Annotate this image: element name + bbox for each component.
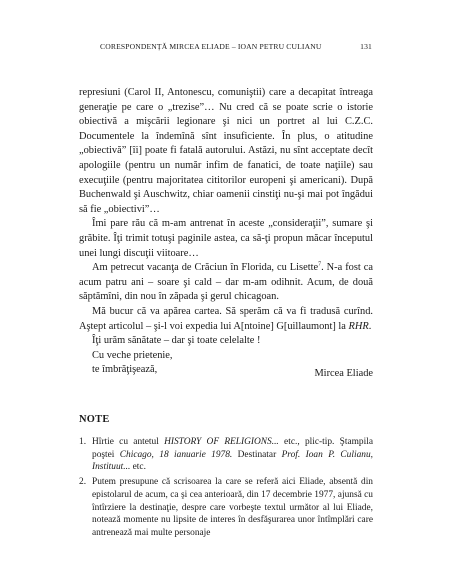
note-number: 1. (79, 436, 86, 449)
note-text: Destinatar (232, 450, 281, 460)
running-head-title: CORESPONDENȚĂ MIRCEA ELIADE – IOAN PETRU… (100, 42, 322, 51)
page-number: 131 (360, 42, 372, 51)
paragraph-text: Am petrecut vacanţa de Crăciun în Florid… (92, 262, 318, 273)
note-item: 1. Hîrtie cu antetul HISTORY OF RELIGION… (79, 436, 373, 474)
letter-body: represiuni (Carol II, Antonescu, comuniş… (79, 86, 373, 378)
paragraph: represiuni (Carol II, Antonescu, comuniş… (79, 86, 373, 217)
note-text: Putem presupune că scrisoarea la care se… (92, 477, 373, 538)
note-text: etc. (130, 462, 146, 472)
note-item: 2. Putem presupune că scrisoarea la care… (79, 476, 373, 540)
note-number: 2. (79, 476, 86, 489)
closing-line: Cu veche prietenie, (79, 349, 373, 364)
note-text-italic: HISTORY OF RELIGIONS... (164, 437, 279, 447)
note-text-italic: Chicago, 18 ianuarie 1978. (120, 450, 233, 460)
signature: Mircea Eliade (79, 368, 373, 379)
paragraph-text: . (369, 321, 372, 332)
paragraph: Îmi pare rău că m-am antrenat în aceste … (79, 217, 373, 261)
notes-list: 1. Hîrtie cu antetul HISTORY OF RELIGION… (79, 436, 373, 542)
book-page: CORESPONDENȚĂ MIRCEA ELIADE – IOAN PETRU… (0, 0, 452, 584)
paragraph: Am petrecut vacanţa de Crăciun în Florid… (79, 261, 373, 305)
journal-abbrev: RHR (349, 321, 369, 332)
paragraph: Mă bucur că va apărea cartea. Să sperăm … (79, 305, 373, 334)
notes-heading: NOTE (79, 414, 110, 425)
running-head: CORESPONDENȚĂ MIRCEA ELIADE – IOAN PETRU… (100, 42, 372, 51)
note-text: Hîrtie cu antetul (92, 437, 164, 447)
paragraph-text: Mă bucur că va apărea cartea. Să sperăm … (79, 306, 373, 332)
closing-line: Îţi urăm sănătate – dar şi toate celelal… (79, 334, 373, 349)
